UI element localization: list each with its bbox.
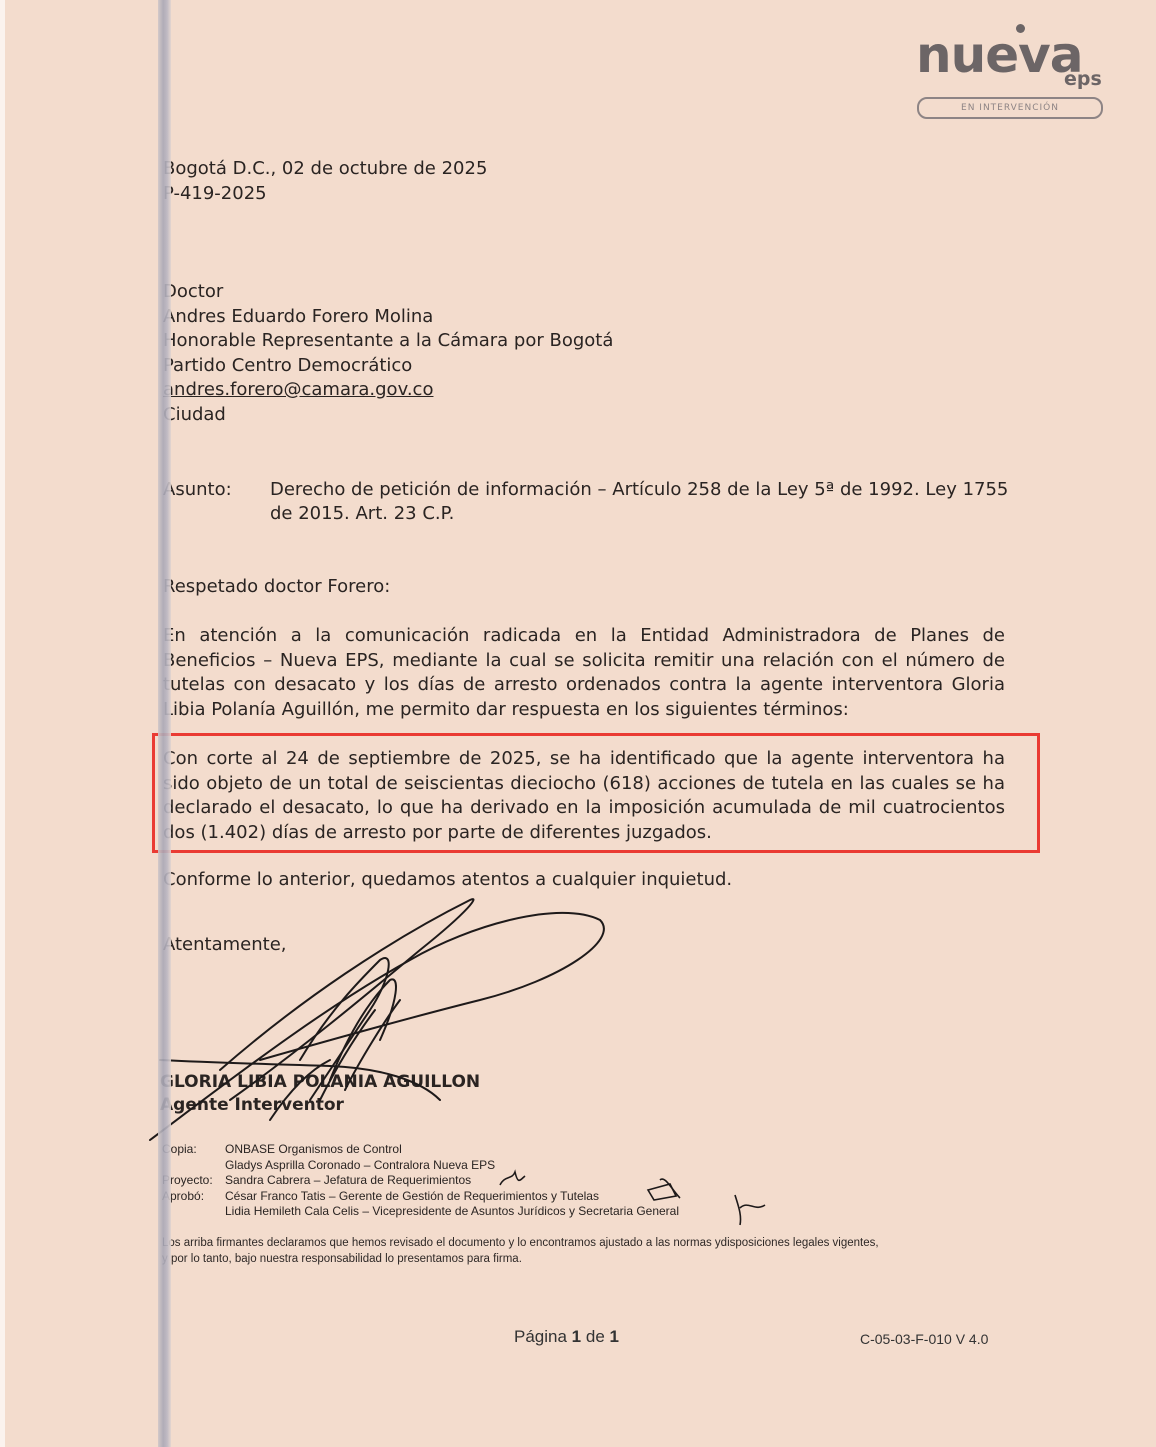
intervention-badge: EN INTERVENCIÓN [917,97,1103,119]
page-current: 1 [572,1327,581,1346]
subject-text: Derecho de petición de información – Art… [270,478,1010,526]
copy-row: Proyecto:Sandra Cabrera – Jefatura de Re… [162,1173,679,1189]
page-total: 1 [610,1327,619,1346]
page-prefix: Página [514,1327,572,1346]
copy-row: Gladys Asprilla Coronado – Contralora Nu… [162,1158,679,1174]
copy-text: César Franco Tatis – Gerente de Gestión … [225,1189,679,1205]
signer-role: Agente Interventor [160,1095,344,1115]
page-number: Página 1 de 1 [514,1327,619,1347]
copies-block: Copia:ONBASE Organismos de ControlGladys… [162,1142,679,1220]
copy-text: Lidia Hemileth Cala Celis – Vicepresiden… [225,1204,679,1220]
disclaimer-line-1: Los arriba firmantes declaramos que hemo… [162,1235,879,1251]
signer-name: GLORIA LIBIA POLANIA AGUILLON [160,1072,480,1092]
copy-label: Aprobó: [162,1189,225,1205]
recipient-title: Doctor [163,280,613,305]
copy-text: ONBASE Organismos de Control [225,1142,679,1158]
logo-dot-icon [1016,24,1025,33]
page-edge [0,0,5,1447]
copy-label [162,1204,225,1220]
copy-row: Copia:ONBASE Organismos de Control [162,1142,679,1158]
copy-label [162,1158,225,1174]
subject-label: Asunto: [163,478,232,503]
copy-label: Proyecto: [162,1173,225,1189]
recipient-block: Doctor Andres Eduardo Forero Molina Hono… [163,280,613,427]
nueva-eps-logo: nueva eps EN INTERVENCIÓN [914,22,1106,122]
letter-header: Bogotá D.C., 02 de octubre de 2025 P-419… [163,157,487,206]
page-sep: de [581,1327,609,1346]
body-paragraph-highlighted: Con corte al 24 de septiembre de 2025, s… [163,747,1005,845]
reference-number: P-419-2025 [163,182,487,207]
body-paragraph-3: Conforme lo anterior, quedamos atentos a… [163,868,732,893]
body-paragraph-1: En atención a la comunicación radicada e… [163,624,1005,722]
place-date: Bogotá D.C., 02 de octubre de 2025 [163,157,487,182]
copy-row: Aprobó:César Franco Tatis – Gerente de G… [162,1189,679,1205]
logo-sub: eps [1064,68,1102,90]
disclaimer: Los arriba firmantes declaramos que hemo… [162,1235,879,1267]
recipient-email-link[interactable]: andres.forero@camara.gov.co [163,378,613,403]
handwritten-signature-icon [0,0,1156,1447]
recipient-city: Ciudad [163,403,613,428]
logo-brand: nueva [916,30,1082,80]
copy-text: Gladys Asprilla Coronado – Contralora Nu… [225,1158,679,1174]
recipient-position: Honorable Representante a la Cámara por … [163,329,613,354]
copies-table: Copia:ONBASE Organismos de ControlGladys… [162,1142,679,1220]
copy-label: Copia: [162,1142,225,1158]
recipient-party: Partido Centro Democrático [163,354,613,379]
binder-shadow-bar [158,0,171,1447]
copy-row: Lidia Hemileth Cala Celis – Vicepresiden… [162,1204,679,1220]
recipient-name: Andres Eduardo Forero Molina [163,305,613,330]
form-code: C-05-03-F-010 V 4.0 [860,1331,988,1347]
copy-text: Sandra Cabrera – Jefatura de Requerimien… [225,1173,679,1189]
salutation: Respetado doctor Forero: [163,575,390,600]
disclaimer-line-2: y por lo tanto, bajo nuestra responsabil… [162,1251,879,1267]
closing: Atentamente, [163,933,287,958]
